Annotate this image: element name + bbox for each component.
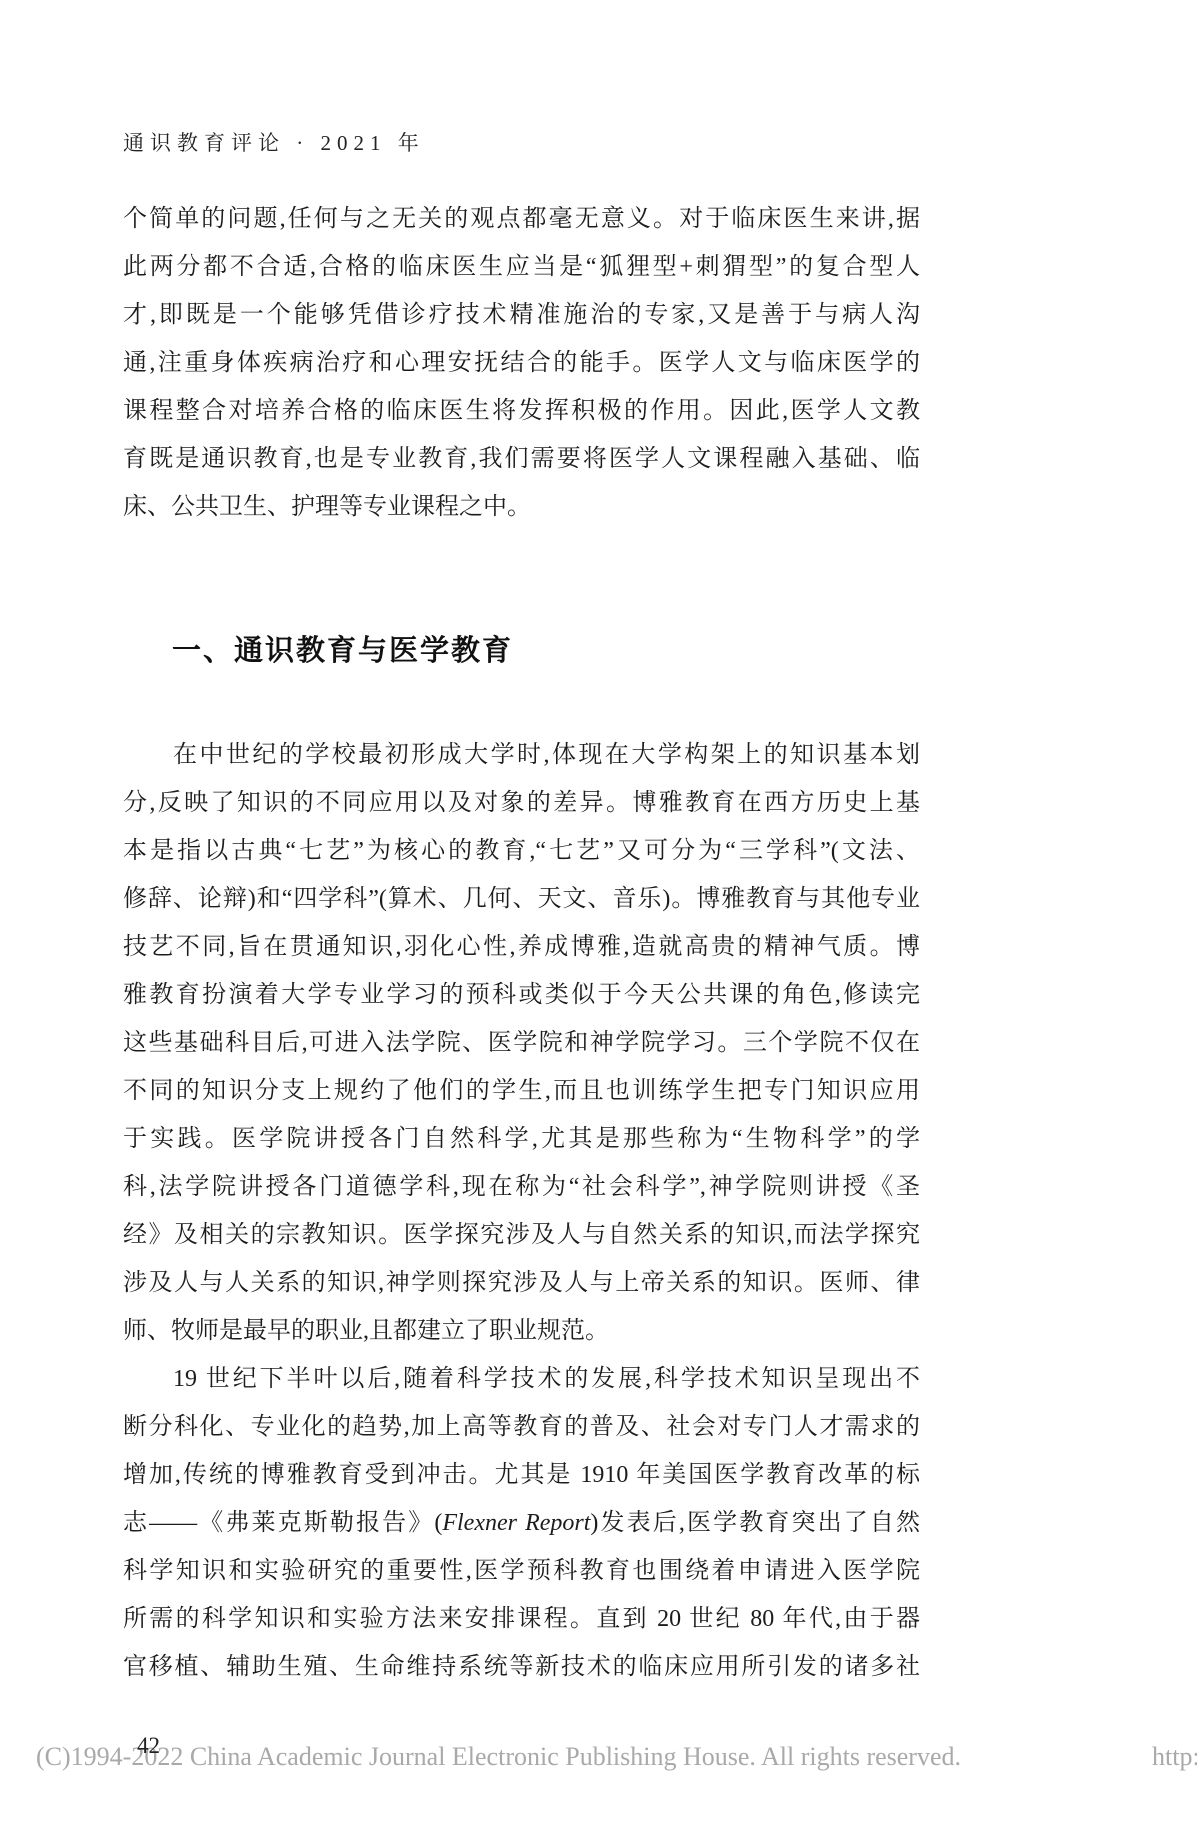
text-line: 增加,传统的博雅教育受到冲击。尤其是 1910 年美国医学教育改革的标 (123, 1451, 920, 1499)
text-line: 于实践。医学院讲授各门自然科学,尤其是那些称为“生物科学”的学 (123, 1115, 920, 1163)
text-line: 个简单的问题,任何与之无关的观点都毫无意义。对于临床医生来讲,据 (123, 195, 920, 243)
text-line: 通,注重身体疾病治疗和心理安抚结合的能手。医学人文与临床医学的 (123, 339, 920, 387)
watermark-copyright: (C)1994-2022 China Academic Journal Elec… (36, 1742, 961, 1772)
paragraph: 19 世纪下半叶以后,随着科学技术的发展,科学技术知识呈现出不断分科化、专业化的… (123, 1355, 920, 1691)
text-line: 所需的科学知识和实验方法来安排课程。直到 20 世纪 80 年代,由于器 (123, 1595, 920, 1643)
text-line: 此两分都不合适,合格的临床医生应当是“狐狸型+刺猬型”的复合型人 (123, 243, 920, 291)
text-line: 经》及相关的宗教知识。医学探究涉及人与自然关系的知识,而法学探究 (123, 1211, 920, 1259)
text-line: 19 世纪下半叶以后,随着科学技术的发展,科学技术知识呈现出不 (123, 1355, 920, 1403)
paragraph: 在中世纪的学校最初形成大学时,体现在大学构架上的知识基本划分,反映了知识的不同应… (123, 731, 920, 1355)
text-line: 不同的知识分支上规约了他们的学生,而且也训练学生把专门知识应用 (123, 1067, 920, 1115)
text-line: 断分科化、专业化的趋势,加上高等教育的普及、社会对专门人才需求的 (123, 1403, 920, 1451)
text-line: 科,法学院讲授各门道德学科,现在称为“社会科学”,神学院则讲授《圣 (123, 1163, 920, 1211)
text-line: 分,反映了知识的不同应用以及对象的差异。博雅教育在西方历史上基 (123, 779, 920, 827)
text-line: 床、公共卫生、护理等专业课程之中。 (123, 483, 920, 531)
text-line: 技艺不同,旨在贯通知识,羽化心性,养成博雅,造就高贵的精神气质。博 (123, 923, 920, 971)
text-line: 志——《弗莱克斯勒报告》(Flexner Report)发表后,医学教育突出了自… (123, 1499, 920, 1547)
text-line: 雅教育扮演着大学专业学习的预科或类似于今天公共课的角色,修读完 (123, 971, 920, 1019)
watermark-url-fragment: http: (1152, 1742, 1197, 1772)
text-line: 师、牧师是最早的职业,且都建立了职业规范。 (123, 1307, 920, 1355)
page-number: 42 (137, 1733, 160, 1759)
text-line: 才,即既是一个能够凭借诊疗技术精准施治的专家,又是善于与病人沟 (123, 291, 920, 339)
text-line: 科学知识和实验研究的重要性,医学预科教育也围绕着申请进入医学院 (123, 1547, 920, 1595)
text-line: 本是指以古典“七艺”为核心的教育,“七艺”又可分为“三学科”(文法、 (123, 827, 920, 875)
text-line: 育既是通识教育,也是专业教育,我们需要将医学人文课程融入基础、临 (123, 435, 920, 483)
journal-page: 通识教育评论 · 2021 年 个简单的问题,任何与之无关的观点都毫无意义。对于… (0, 0, 1197, 1827)
text-line: 课程整合对培养合格的临床医生将发挥积极的作用。因此,医学人文教 (123, 387, 920, 435)
running-head: 通识教育评论 · 2021 年 (123, 127, 425, 157)
text-line: 在中世纪的学校最初形成大学时,体现在大学构架上的知识基本划 (123, 731, 920, 779)
text-line: 这些基础科目后,可进入法学院、医学院和神学院学习。三个学院不仅在 (123, 1019, 920, 1067)
text-line: 官移植、辅助生殖、生命维持系统等新技术的临床应用所引发的诸多社 (123, 1643, 920, 1691)
text-line: 修辞、论辩)和“四学科”(算术、几何、天文、音乐)。博雅教育与其他专业 (123, 875, 920, 923)
paragraph: 个简单的问题,任何与之无关的观点都毫无意义。对于临床医生来讲,据此两分都不合适,… (123, 195, 920, 531)
section-heading: 一、通识教育与医学教育 (123, 628, 920, 669)
text-line: 涉及人与人关系的知识,神学则探究涉及人与上帝关系的知识。医师、律 (123, 1259, 920, 1307)
